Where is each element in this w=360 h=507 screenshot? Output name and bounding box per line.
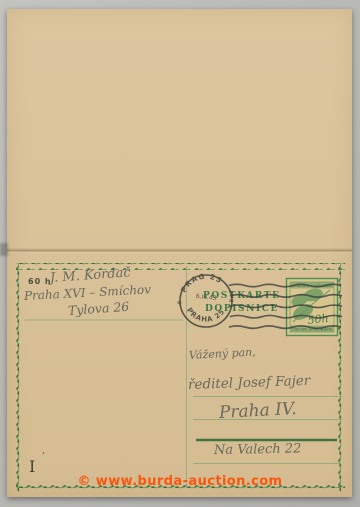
- pencil-tick-mark: ’: [42, 452, 45, 462]
- form-title-czech: DOPISNICE: [205, 304, 279, 314]
- recipient-city-handwriting: Praha IV.: [218, 399, 297, 423]
- auction-photo: 60 h POSTKARTE DOPISNICE I ’: [0, 0, 360, 507]
- recipient-street-handwriting: Na Valech 22: [214, 441, 302, 458]
- card-fold-crease: [7, 248, 352, 253]
- postal-card: [7, 9, 352, 497]
- auction-watermark: © www.burda-auction.com: [0, 474, 360, 489]
- card-edge-shadow: [0, 243, 8, 256]
- form-title-german: POSTKARTE: [203, 291, 281, 301]
- value-imprint: 60 h: [28, 277, 52, 286]
